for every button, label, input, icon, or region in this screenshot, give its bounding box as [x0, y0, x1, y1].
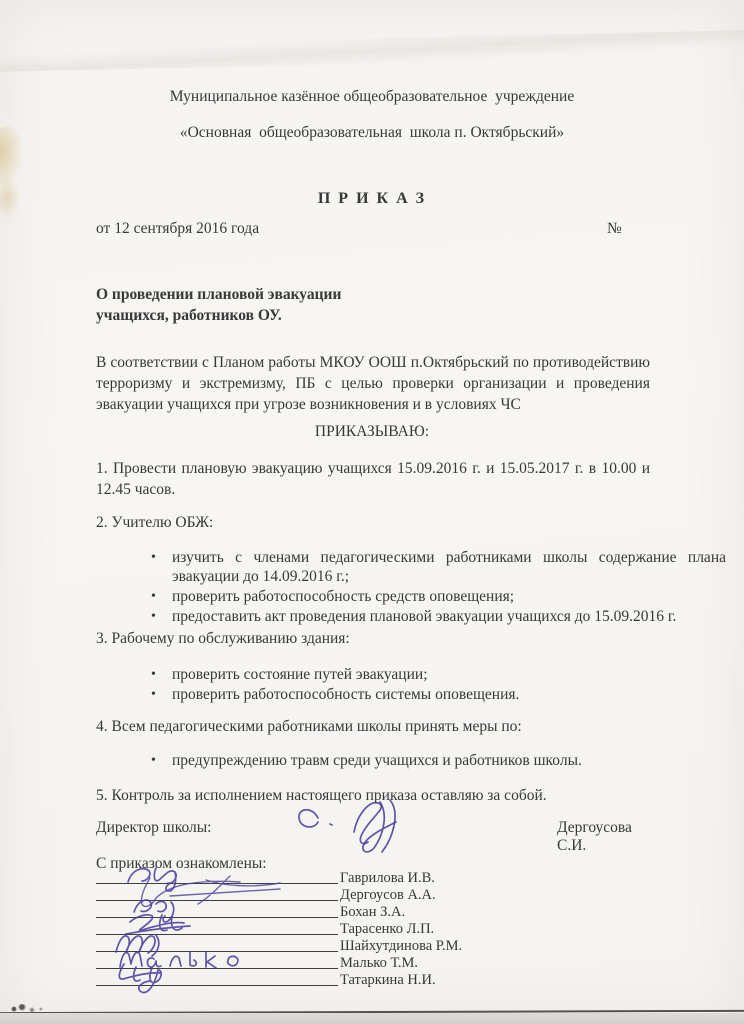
ack-row: Бохан З.А.: [96, 901, 650, 918]
order-item: 4. Всем педагогическими работниками школ…: [96, 716, 650, 737]
ack-row: Татаркина Н.И.: [96, 969, 650, 986]
acknowledgement-rows: Гаврилова И.В. Дергоусов А.А. Бохан З.А.…: [96, 867, 650, 986]
signature-line: [96, 953, 338, 969]
bullet-list: проверить состояние путей эвакуации; про…: [96, 665, 726, 705]
scanned-order-document: Муниципальное казённое общеобразовательн…: [0, 0, 744, 1024]
signature-line: [96, 885, 338, 901]
signature-line: [96, 970, 338, 986]
subject-line1: О проведении плановой эвакуации: [96, 284, 650, 305]
document-title: П Р И К А З: [0, 190, 744, 208]
signature-line: [96, 902, 338, 918]
bullet-item: проверить состояние путей эвакуации;: [172, 665, 726, 684]
bullet-item: предоставить акт проведения плановой эва…: [172, 607, 726, 626]
order-subject: О проведении плановой эвакуации учащихся…: [96, 284, 650, 326]
director-name: Дергоусова С.И.: [557, 819, 650, 855]
order-item: 1. Провести плановую эвакуацию учащихся …: [96, 458, 650, 500]
ack-row: Малько Т.М.: [96, 952, 650, 969]
scanner-background: [0, 1013, 744, 1024]
preamble-paragraph: В соответствии с Планом работы МКОУ ООШ …: [96, 352, 650, 415]
bullet-item: изучить с членами педагогическими работн…: [172, 548, 726, 586]
order-number-sign: №: [607, 220, 622, 238]
org-name-line2: «Основная общеобразовательная школа п. О…: [0, 124, 744, 142]
resolution-word: ПРИКАЗЫВАЮ:: [0, 423, 744, 441]
ack-row: Дергоусов А.А.: [96, 884, 650, 901]
signature-line: [96, 936, 338, 952]
bullet-list: изучить с членами педагогическими работн…: [96, 548, 726, 627]
paper-crease: [0, 30, 744, 72]
bullet-item: проверить работоспособность средств опов…: [172, 587, 726, 606]
scan-smudge: [8, 1004, 48, 1012]
ack-row: Тарасенко Л.П.: [96, 918, 650, 935]
ack-row: Гаврилова И.В.: [96, 867, 650, 884]
director-signature-row: Директор школы: Дергоусова С.И.: [96, 819, 650, 837]
order-item: 2. Учителю ОБЖ:: [96, 512, 650, 533]
org-name-line1: Муниципальное казённое общеобразовательн…: [0, 88, 744, 106]
signature-line: [96, 868, 338, 884]
ack-name: Татаркина Н.И.: [338, 972, 436, 989]
bullet-item: проверить работоспособность системы опов…: [172, 685, 726, 704]
subject-line2: учащихся, работников ОУ.: [96, 305, 650, 326]
order-item: 3. Рабочему по обслуживанию здания:: [96, 628, 650, 649]
director-label: Директор школы:: [96, 819, 211, 836]
bullet-list: предупреждению травм среди учащихся и ра…: [96, 751, 726, 771]
ack-row: Шайхутдинова Р.М.: [96, 935, 650, 952]
signature-line: [96, 919, 338, 935]
order-item: 5. Контроль за исполнением настоящего пр…: [96, 785, 650, 806]
bullet-item: предупреждению травм среди учащихся и ра…: [172, 751, 726, 770]
order-date: от 12 сентября 2016 года: [96, 220, 259, 238]
